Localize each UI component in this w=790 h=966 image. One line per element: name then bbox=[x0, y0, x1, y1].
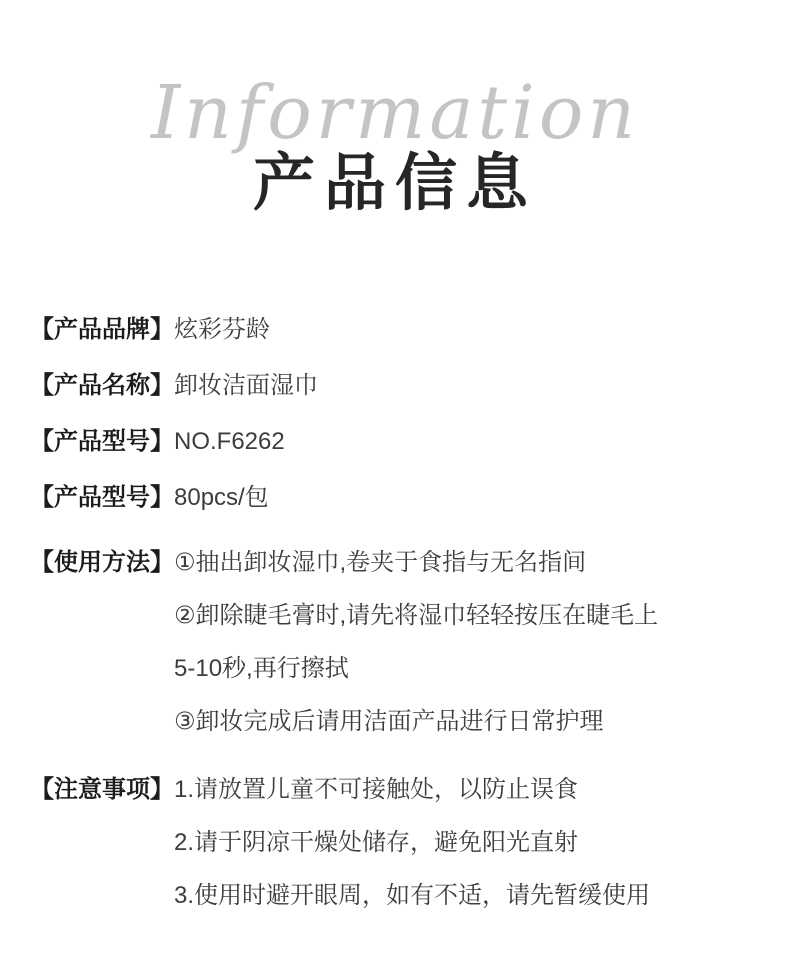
spec-label: 【产品名称】 bbox=[30, 372, 174, 400]
spec-row-quantity: 【产品型号】 80pcs/包 bbox=[30, 484, 774, 512]
usage-line: 5-10秒,再行擦拭 bbox=[174, 655, 774, 683]
notes-line: 2.请于阴凉干燥处储存，避免阳光直射 bbox=[174, 829, 774, 857]
spec-label: 【产品品牌】 bbox=[30, 316, 174, 344]
usage-lines: ①抽出卸妆湿巾,卷夹于食指与无名指间 ②卸除睫毛膏时,请先将湿巾轻轻按压在睫毛上… bbox=[174, 549, 774, 761]
page-title: 产品信息 bbox=[0, 150, 790, 218]
spec-value: 炫彩芬龄 bbox=[174, 316, 270, 344]
spec-value: 卸妆洁面湿巾 bbox=[174, 372, 318, 400]
product-info-page: Information 产品信息 【产品品牌】 炫彩芬龄 【产品名称】 卸妆洁面… bbox=[0, 0, 790, 966]
usage-line: ①抽出卸妆湿巾,卷夹于食指与无名指间 bbox=[174, 549, 774, 577]
product-spec-list: 【产品品牌】 炫彩芬龄 【产品名称】 卸妆洁面湿巾 【产品型号】 NO.F626… bbox=[30, 316, 774, 910]
notes-label: 【注意事项】 bbox=[30, 776, 174, 804]
spec-row-model: 【产品型号】 NO.F6262 bbox=[30, 428, 774, 456]
usage-label: 【使用方法】 bbox=[30, 549, 174, 577]
spec-value: 80pcs/包 bbox=[174, 484, 269, 512]
notes-line: 3.使用时避开眼周，如有不适，请先暂缓使用 bbox=[174, 882, 774, 910]
notes-line: 1.请放置儿童不可接触处，以防止误食 bbox=[174, 776, 774, 804]
notes-section: 【注意事项】 1.请放置儿童不可接触处，以防止误食 2.请于阴凉干燥处储存，避免… bbox=[30, 776, 774, 910]
usage-line: ②卸除睫毛膏时,请先将湿巾轻轻按压在睫毛上 bbox=[174, 602, 774, 630]
notes-lines: 1.请放置儿童不可接触处，以防止误食 2.请于阴凉干燥处储存，避免阳光直射 3.… bbox=[174, 776, 774, 910]
spec-label: 【产品型号】 bbox=[30, 428, 174, 456]
spec-label: 【产品型号】 bbox=[30, 484, 174, 512]
spec-row-brand: 【产品品牌】 炫彩芬龄 bbox=[30, 316, 774, 344]
spec-row-name: 【产品名称】 卸妆洁面湿巾 bbox=[30, 372, 774, 400]
usage-line: ③卸妆完成后请用洁面产品进行日常护理 bbox=[174, 708, 774, 736]
usage-section: 【使用方法】 ①抽出卸妆湿巾,卷夹于食指与无名指间 ②卸除睫毛膏时,请先将湿巾轻… bbox=[30, 549, 774, 761]
decorative-script-title: Information bbox=[0, 76, 790, 150]
spec-value: NO.F6262 bbox=[174, 428, 285, 456]
